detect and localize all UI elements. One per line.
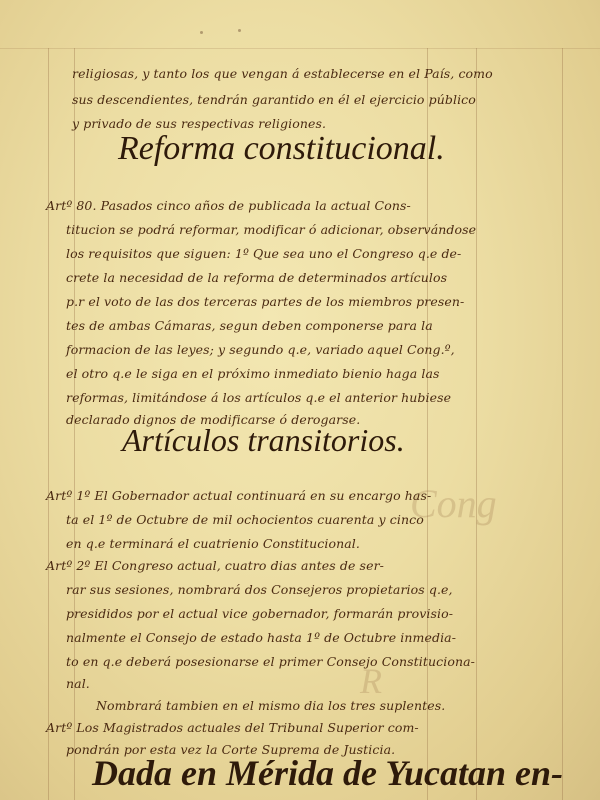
- text-line: el otro q.e le siga en el próximo inmedi…: [66, 366, 440, 381]
- text-line: Artº Los Magistrados actuales del Tribun…: [46, 720, 419, 735]
- text-line: tes de ambas Cámaras, segun deben compon…: [66, 318, 433, 333]
- closing-line: Dada en Mérida de Yucatan en-: [92, 752, 563, 794]
- text-line: formacion de las leyes; y segundo q.e, v…: [66, 342, 455, 357]
- section-heading: Reforma constitucional.: [118, 130, 445, 168]
- text-line: y privado de sus respectivas religiones.: [72, 116, 326, 131]
- text-line: to en q.e deberá posesionarse el primer …: [66, 654, 475, 669]
- text-line: nalmente el Consejo de estado hasta 1º d…: [66, 630, 456, 645]
- text-line: crete la necesidad de la reforma de dete…: [66, 270, 447, 285]
- text-line: Artº 1º El Gobernador actual continuará …: [46, 488, 431, 503]
- text-line: titucion se podrá reformar, modificar ó …: [66, 222, 476, 237]
- text-line: los requisitos que siguen: 1º Que sea un…: [66, 246, 461, 261]
- text-line: presididos por el actual vice gobernador…: [66, 606, 453, 621]
- text-line: reformas, limitándose á los artículos q.…: [66, 390, 451, 405]
- text-line: Artº 80. Pasados cinco años de publicada…: [46, 198, 411, 213]
- text-line: religiosas, y tanto los que vengan á est…: [72, 66, 493, 81]
- text-line: Nombrará tambien en el mismo dia los tre…: [96, 698, 445, 713]
- text-line: nal.: [66, 676, 90, 691]
- text-line: rar sus sesiones, nombrará dos Consejero…: [66, 582, 453, 597]
- text-line: ta el 1º de Octubre de mil ochocientos c…: [66, 512, 424, 527]
- text-line: p.r el voto de las dos terceras partes d…: [66, 294, 464, 309]
- text-line: Artº 2º El Congreso actual, cuatro dias …: [46, 558, 384, 573]
- text-line: en q.e terminará el cuatrienio Constituc…: [66, 536, 360, 551]
- section-heading: Artículos transitorios.: [122, 422, 405, 459]
- text-line: sus descendientes, tendrán garantido en …: [72, 92, 476, 107]
- manuscript-page: religiosas, y tanto los que vengan á est…: [0, 0, 600, 800]
